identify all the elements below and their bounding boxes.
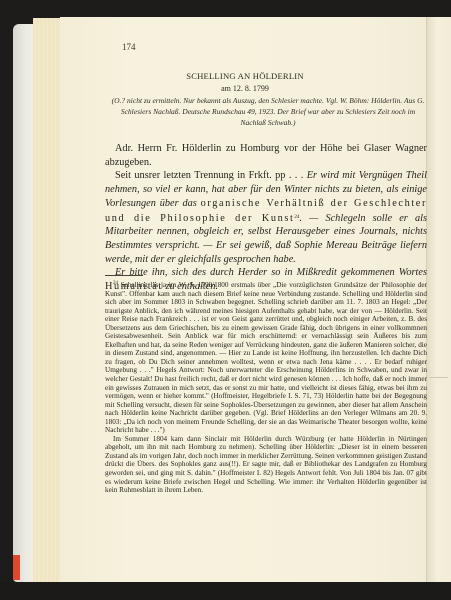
footnote-marker: 24 bbox=[113, 281, 118, 286]
red-bookmark-tab bbox=[13, 555, 20, 580]
footnote-paragraph: 24 Schelling las ja im W. S. 1799/1800 e… bbox=[105, 280, 427, 435]
letter-paragraph: Seit unsrer letzten Trennung in Frkft. p… bbox=[105, 169, 427, 266]
text-roman: Seit unsrer letzten Trennung in Frkft. p… bbox=[115, 170, 307, 181]
footnote-text: Schelling las ja im W. S. 1799/1800 erst… bbox=[105, 281, 427, 434]
letter-body: Adr. Herrn Fr. Hölderlin zu Homburg vor … bbox=[105, 142, 427, 294]
letter-address: Adr. Herrn Fr. Hölderlin zu Homburg vor … bbox=[105, 142, 427, 169]
facing-page-edge bbox=[427, 17, 451, 582]
scan-bottom-background bbox=[0, 582, 451, 600]
footnote-block: 24 Schelling las ja im W. S. 1799/1800 e… bbox=[105, 280, 427, 495]
book-cover-edge bbox=[13, 24, 35, 582]
page-number: 174 bbox=[122, 42, 136, 52]
letter-date: am 12. 8. 1799 bbox=[122, 84, 368, 93]
letter-title: SCHELLING AN HÖLDERLIN bbox=[122, 71, 368, 81]
footnote-divider bbox=[105, 275, 143, 276]
text-italic: Er bitte ihn, sich des durch Herder so i… bbox=[115, 267, 427, 278]
facing-page-footnote-rule bbox=[430, 377, 448, 378]
footnote-paragraph: Im Sommer 1804 kam dann Sinclair mit Höl… bbox=[105, 435, 427, 495]
editorial-note: (O.? nicht zu ermitteln. Nur bekannt als… bbox=[108, 95, 428, 129]
